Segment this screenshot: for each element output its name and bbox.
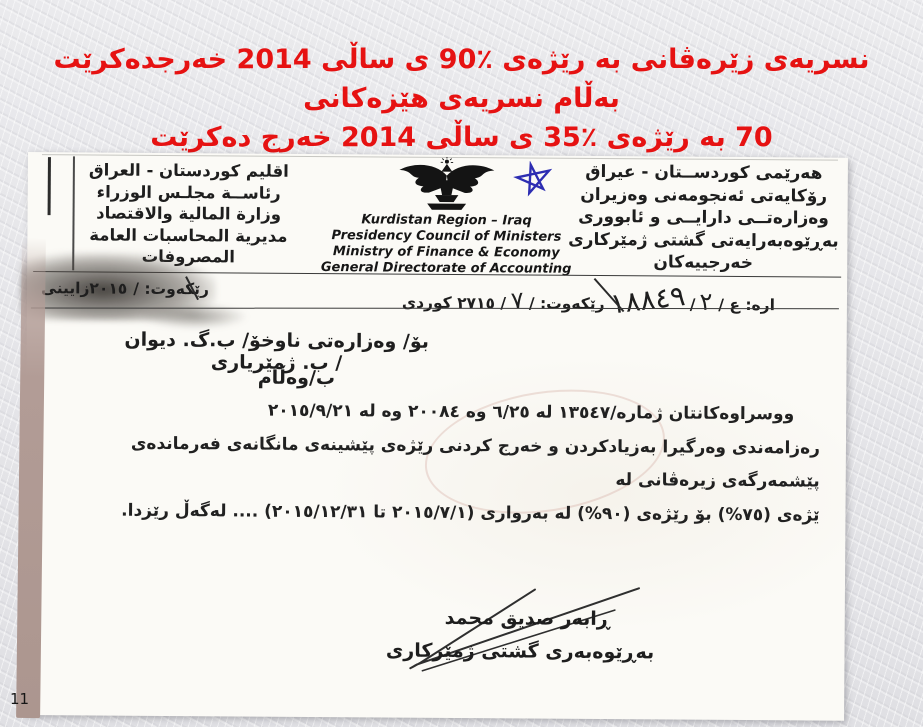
ref-number-handwritten: ٢ <box>699 287 714 316</box>
ref-number-handwritten-big: ١٨٨٤٩ <box>608 279 686 320</box>
signer-name: ڕابەر صدیق محمد <box>410 607 645 631</box>
title-line-1: نسریەی زێرەڤانی بە رێژەی ٪90 ی ساڵی 2014… <box>30 40 893 118</box>
letter-body-line: رەزامەندی وەرگیرا بەزیادکردن و خەرج کردن… <box>56 427 820 499</box>
letterhead-english-line: Presidency Council of Ministers <box>317 228 575 246</box>
ref-number-label: اره: ع / <box>718 296 775 314</box>
scan-border-mark <box>48 157 51 215</box>
reference-number-and-kurdish-date: اره: ع / ٢ / ١٨٨٤٩ رێکەوت: / ٧ / ٢٧١٥ کو… <box>402 282 775 318</box>
letterhead-kurdish-line: وەزارەتــی دارایــی و ئابووری <box>567 206 839 230</box>
letterhead-arabic-line: مديرية المحاسبات العامة <box>64 224 312 247</box>
letter-body-line: ێژەی (٧٥%) بۆ رێژەی (٩٠%) لە بەرواری (٢٠… <box>55 494 819 533</box>
signer-title: بەڕێوەبەری گشتی ژمێرکاری <box>372 639 667 663</box>
letterhead-arabic-line: وزارة المالية والاقتصاد <box>64 202 312 225</box>
letterhead-english-line: Kurdistan Region – Iraq <box>317 212 575 230</box>
letterhead-kurdish-line: رۆکایەتی ئەنجومەنی وەزیران <box>568 183 840 207</box>
ref-date-gregorian-label: رێکەوت: / <box>133 280 209 299</box>
letterhead-arabic-line: اقليم كوردستان - العراق <box>65 159 313 182</box>
letterhead-kurdish-line: هەرێمی کوردســتان - عیراق <box>568 161 840 185</box>
slide-title: نسریەی زێرەڤانی بە رێژەی ٪90 ی ساڵی 2014… <box>30 40 893 157</box>
scanned-letter: اقليم كوردستان - العراق رئاســة مجلـس ال… <box>24 152 848 721</box>
letter-subject-line: ب/وەڵام <box>231 366 361 389</box>
letterhead-arabic-line: رئاســة مجلـس الوزراء <box>65 181 313 204</box>
presentation-slide: نسریەی زێرەڤانی بە رێژەی ٪90 ی ساڵی 2014… <box>0 0 923 727</box>
letter-body-line: ووسراوەکانتان ژمارە/١٣٥٤٧ لە ٦/٢٥ وە ٢٠٠… <box>56 393 820 432</box>
title-line-2: 70 بە رێژەی ٪35 ی ساڵی 2014 خەرج دەکرێت <box>30 118 893 157</box>
slide-page-number: 11 <box>10 690 29 708</box>
ref-date-gregorian-value: ٢٠١٥زایینی <box>41 279 127 298</box>
ref-date-kurdish-label: رێکەوت: / <box>529 295 605 314</box>
signature-scribble-icon <box>376 572 647 689</box>
ref-date-kurdish-value: / ٢٧١٥ کوردی <box>402 294 506 313</box>
letterhead-kurdish: هەرێمی کوردســتان - عیراق رۆکایەتی ئەنجو… <box>567 161 840 275</box>
kurdistan-eagle-emblem-icon <box>391 157 503 214</box>
letter-body: ووسراوەکانتان ژمارە/١٣٥٤٧ لە ٦/٢٥ وە ٢٠٠… <box>55 393 820 532</box>
letterhead-english-line: Ministry of Finance & Economy <box>317 244 575 262</box>
ref-slash: / <box>690 296 696 314</box>
ref-date-kurdish-handwritten: ٧ <box>510 286 525 315</box>
letterhead-kurdish-line: بەڕێوەبەرایەتی گشتی ژمێرکاری <box>567 228 839 252</box>
reference-gregorian-date: رێکەوت: / ٢٠١٥زایینی <box>41 279 209 298</box>
letterhead-kurdish-line: خەرجییەکان <box>567 251 839 275</box>
